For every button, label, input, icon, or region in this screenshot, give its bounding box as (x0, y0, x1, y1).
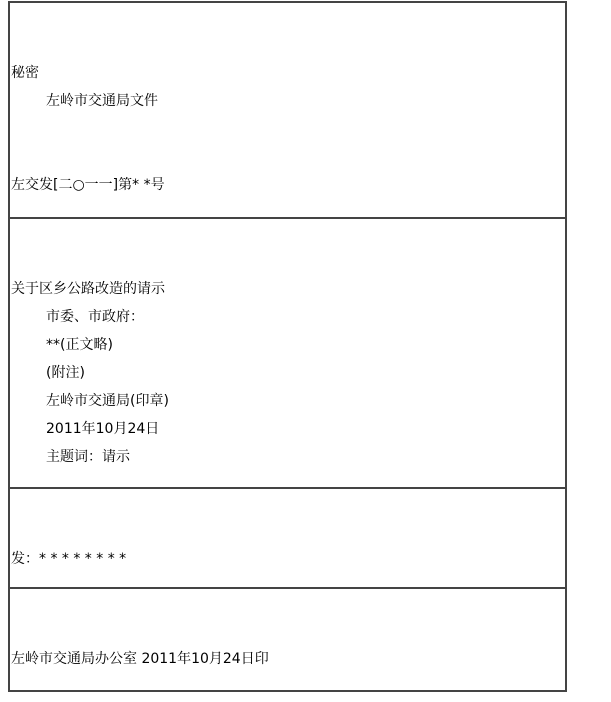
issuer-title: 左岭市交通局文件 (11, 87, 565, 115)
blank-line (11, 3, 565, 31)
blank-line (11, 247, 565, 275)
blank-line (11, 115, 565, 143)
blank-line (11, 489, 565, 517)
body-content: **(正文略) (11, 331, 565, 359)
blank-line (11, 219, 565, 247)
footer-section: 左岭市交通局办公室 2011年10月24日印 (10, 589, 565, 690)
blank-line (11, 143, 565, 171)
date: 2011年10月24日 (11, 415, 565, 443)
body-section: 关于区乡公路改造的请示 市委、市政府： **(正文略) (附注) 左岭市交通局(… (10, 219, 565, 489)
signature: 左岭市交通局(印章) (11, 387, 565, 415)
print-info: 左岭市交通局办公室 2011年10月24日印 (11, 645, 565, 673)
note: (附注) (11, 359, 565, 387)
blank-line (11, 517, 565, 545)
keywords: 主题词：请示 (11, 443, 565, 471)
distribution-section: 发：* * * * * * * * (10, 489, 565, 589)
document-table: 秘密 左岭市交通局文件 左交发[二○一一]第* *号 关于区乡公路改造的请示 市… (8, 1, 567, 692)
addressee: 市委、市政府： (11, 303, 565, 331)
blank-line (11, 589, 565, 617)
distribution-list: 发：* * * * * * * * (11, 545, 565, 573)
header-section: 秘密 左岭市交通局文件 左交发[二○一一]第* *号 (10, 3, 565, 219)
classification-label: 秘密 (11, 59, 565, 87)
subject-title: 关于区乡公路改造的请示 (11, 275, 565, 303)
document-number: 左交发[二○一一]第* *号 (11, 171, 565, 199)
blank-line (11, 31, 565, 59)
blank-line (11, 617, 565, 645)
